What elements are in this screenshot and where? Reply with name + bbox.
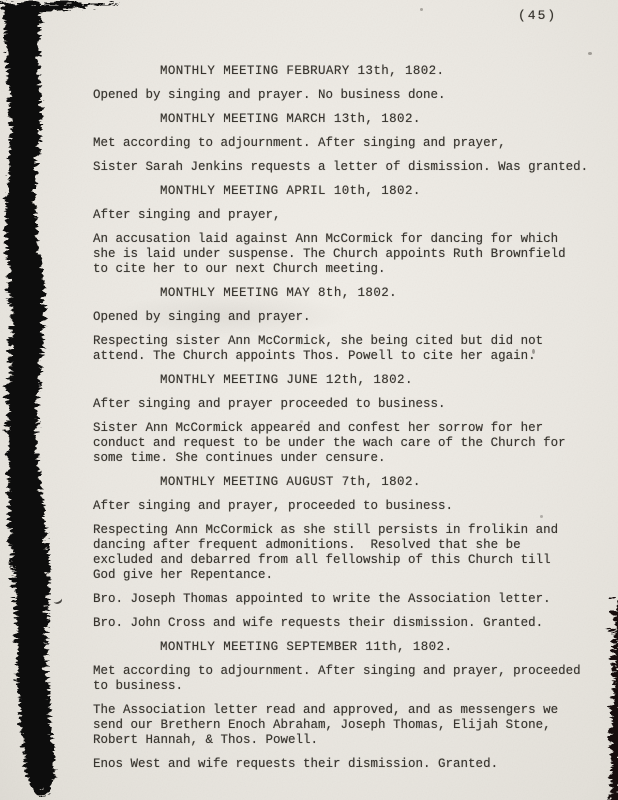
text-line: excluded and debarred from all fellowshi… [93,553,608,568]
text-line: Enos West and wife requests their dismis… [93,757,608,772]
pencil-mark [52,594,64,605]
document-body: MONTHLY MEETING FEBRUARY 13th, 1802.Open… [93,64,608,781]
paragraph: An accusation laid against Ann McCormick… [93,232,608,277]
text-line: Respecting sister Ann McCormick, she bei… [93,334,608,349]
page-number: (45) [518,8,557,23]
scan-speck [588,52,592,55]
meeting-heading: MONTHLY MEETING MARCH 13th, 1802. [93,112,608,127]
text-line: Robert Hannah, & Thos. Powell. [93,733,608,748]
text-line: to business. [93,679,608,694]
text-line: After singing and prayer proceeded to bu… [93,397,608,412]
meeting-heading: MONTHLY MEETING FEBRUARY 13th, 1802. [93,64,608,79]
paragraph: After singing and prayer, [93,208,608,223]
text-line: Sister Ann McCormick appeared and confes… [93,421,608,436]
text-line: attend. The Church appoints Thos. Powell… [93,349,608,364]
paragraph: Enos West and wife requests their dismis… [93,757,608,772]
text-line: send our Brethern Enoch Abraham, Joseph … [93,718,608,733]
text-line: Opened by singing and prayer. [93,310,608,325]
text-line: conduct and request to be under the wach… [93,436,608,451]
text-line: Respecting Ann McCormick as she still pe… [93,523,608,538]
text-line: An accusation laid against Ann McCormick… [93,232,608,247]
text-line: some time. She continues under censure. [93,451,608,466]
text-line: After singing and prayer, [93,208,608,223]
paragraph: After singing and prayer proceeded to bu… [93,397,608,412]
top-edge-shadow [0,0,118,13]
scanned-page: (45) MONTHLY MEETING FEBRUARY 13th, 1802… [0,0,618,800]
meeting-heading: MONTHLY MEETING MAY 8th, 1802. [93,286,608,301]
text-line: dancing after frequent admonitions. Reso… [93,538,608,553]
paragraph: Bro. Joseph Thomas appointed to write th… [93,592,608,607]
meeting-heading: MONTHLY MEETING APRIL 10th, 1802. [93,184,608,199]
text-line: to cite her to our next Church meeting. [93,262,608,277]
paragraph: Bro. John Cross and wife requests their … [93,616,608,631]
binding-shadow-band [0,0,52,793]
text-line: Bro. John Cross and wife requests their … [93,616,608,631]
paragraph: Opened by singing and prayer. [93,310,608,325]
text-line: The Association letter read and approved… [93,703,608,718]
text-line: Met according to adjournment. After sing… [93,664,608,679]
paragraph: Respecting sister Ann McCormick, she bei… [93,334,608,364]
text-line: Opened by singing and prayer. No busines… [93,88,608,103]
paragraph: Met according to adjournment. After sing… [93,136,608,151]
paragraph: The Association letter read and approved… [93,703,608,748]
text-line: Sister Sarah Jenkins requests a letter o… [93,160,608,175]
text-line: Bro. Joseph Thomas appointed to write th… [93,592,608,607]
paragraph: Sister Sarah Jenkins requests a letter o… [93,160,608,175]
paragraph: Respecting Ann McCormick as she still pe… [93,523,608,583]
text-line: God give her Repentance. [93,568,608,583]
text-line: she is laid under suspense. The Church a… [93,247,608,262]
meeting-heading: MONTHLY MEETING AUGUST 7th, 1802. [93,475,608,490]
scan-speck [420,8,423,11]
meeting-heading: MONTHLY MEETING SEPTEMBER 11th, 1802. [93,640,608,655]
text-line: After singing and prayer, proceeded to b… [93,499,608,514]
paragraph: Sister Ann McCormick appeared and confes… [93,421,608,466]
meeting-heading: MONTHLY MEETING JUNE 12th, 1802. [93,373,608,388]
corner-shadow-blob [607,595,618,800]
paragraph: Met according to adjournment. After sing… [93,664,608,694]
paragraph: After singing and prayer, proceeded to b… [93,499,608,514]
paragraph: Opened by singing and prayer. No busines… [93,88,608,103]
text-line: Met according to adjournment. After sing… [93,136,608,151]
